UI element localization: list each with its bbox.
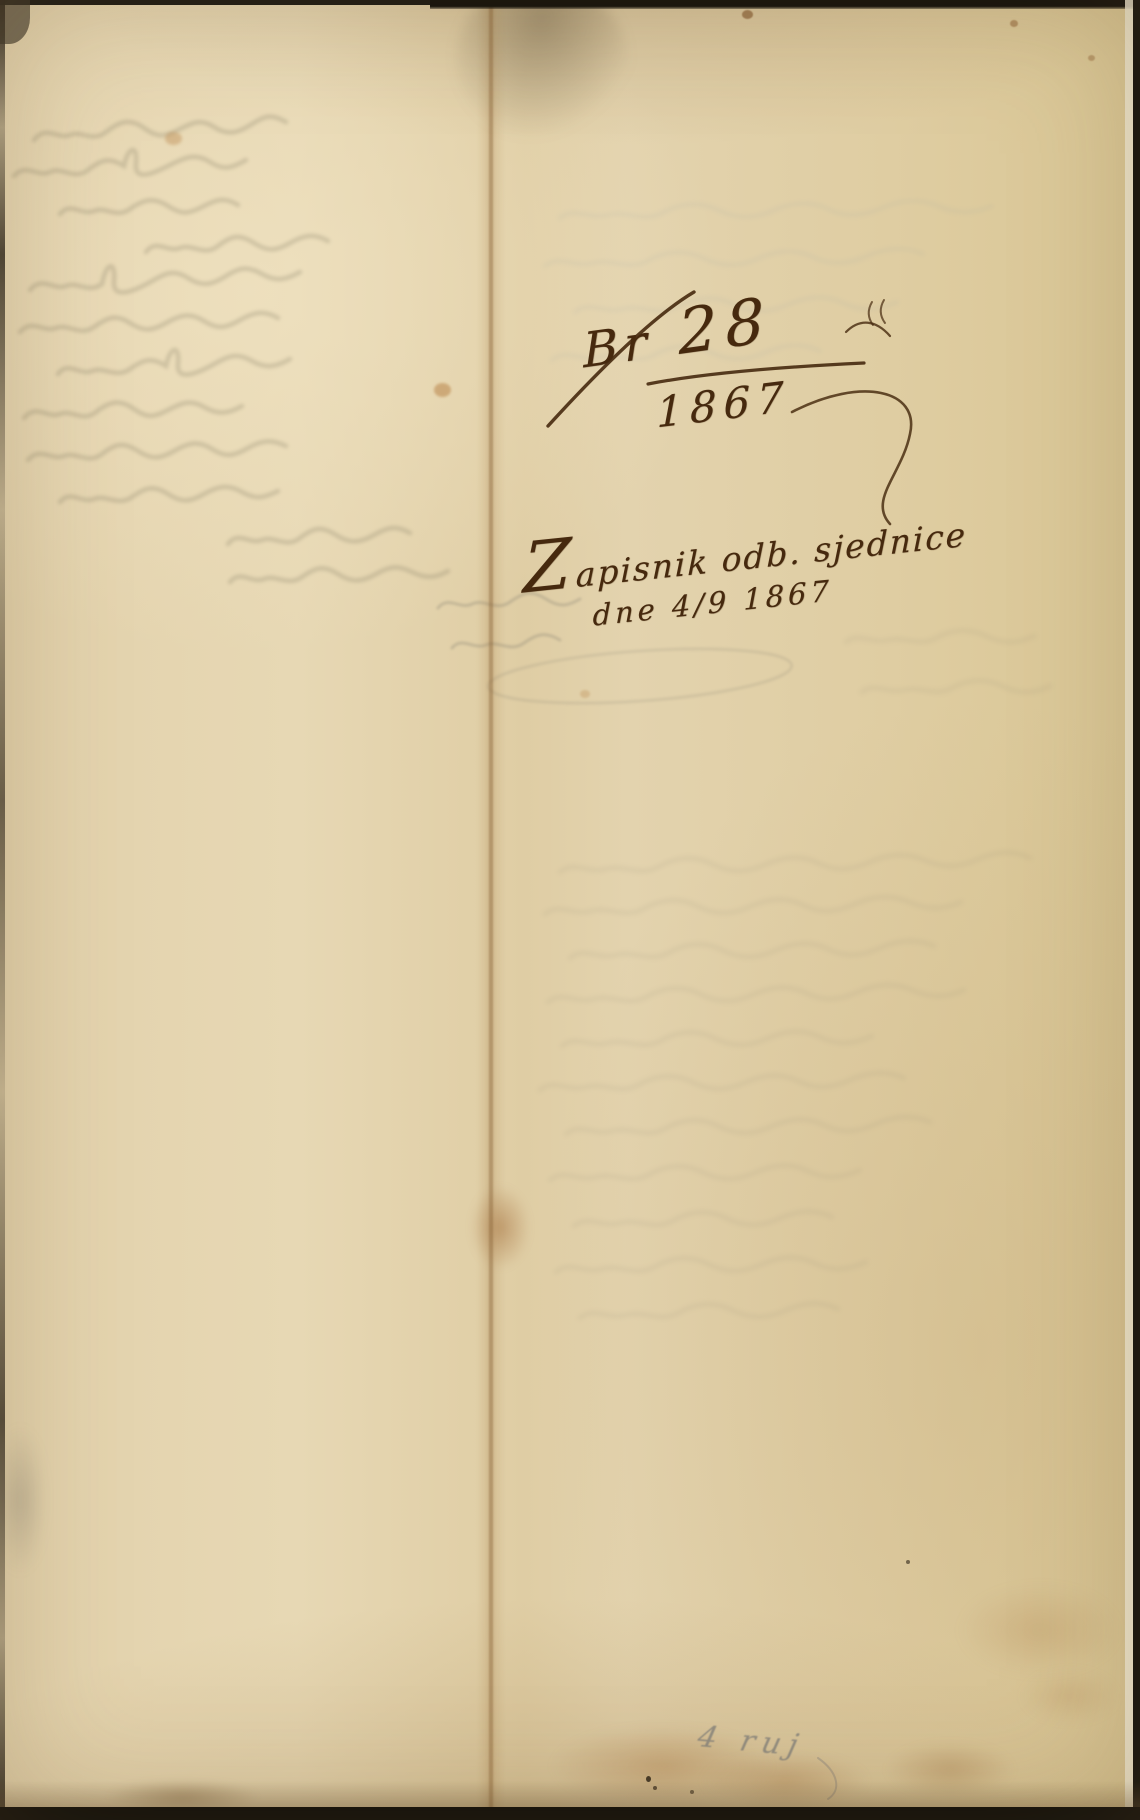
stain [960,1585,1120,1675]
scan-corner-mark [0,0,30,44]
registry-prefix: Br [582,313,654,379]
stain [1010,20,1018,27]
scan-edge-right [1133,0,1140,1820]
stain [0,1425,46,1575]
pencil-note: 4 ruj [694,1720,808,1764]
registry-number: Br28 [582,283,774,383]
stain [742,10,753,19]
registry-year: 1867 [657,372,791,438]
stain [1088,55,1095,61]
document-scan: Br28 1867 Zapisnik odb. sjednice dne 4/9… [0,0,1140,1820]
bleedthrough-handwriting [0,0,1140,1820]
scan-edge-left [0,0,5,1820]
vignette [0,0,1140,1820]
scan-edge-top [0,0,445,5]
fold-crease-line [489,0,493,1820]
stain [165,132,182,145]
scan-edge-bottom [0,1807,1140,1820]
scan-edge-bottom-shadow [0,1781,1140,1807]
stain [434,0,651,168]
ink-quote-mark [869,300,885,325]
stain [434,383,451,397]
stain [1020,1668,1120,1724]
scan-edge-top [430,0,1140,9]
registry-value: 28 [677,283,774,370]
stain [580,690,590,698]
ink-speck [906,1560,910,1564]
